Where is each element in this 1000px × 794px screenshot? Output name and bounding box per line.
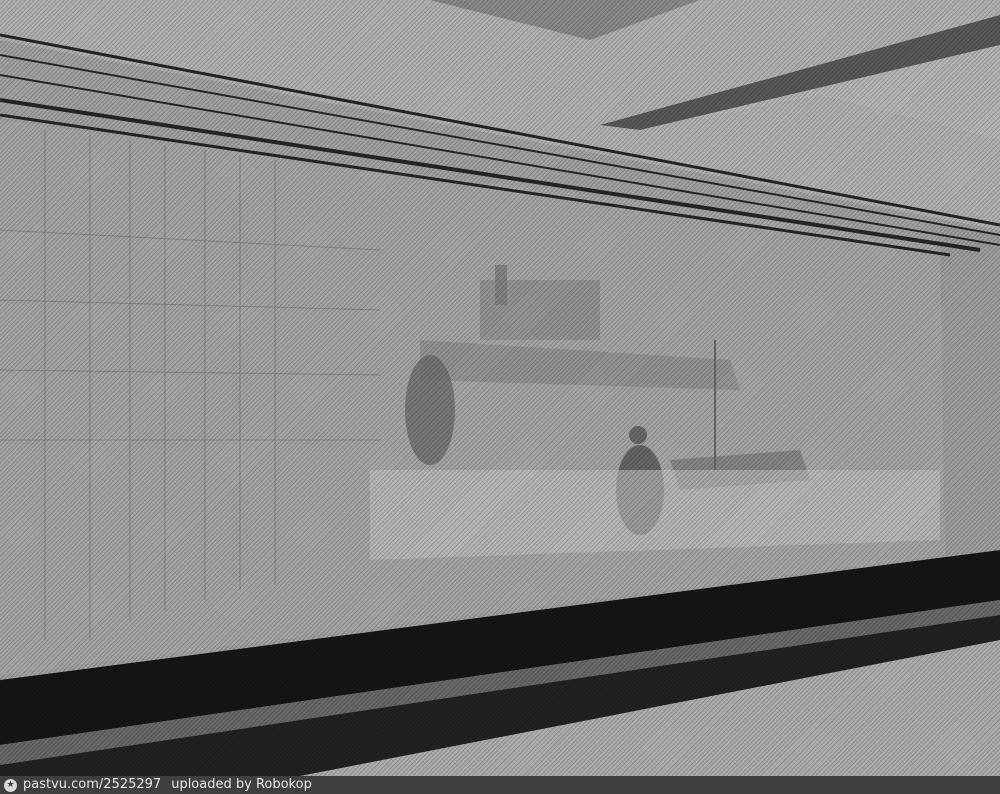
watermark-bar: ★ pastvu.com/2525297 uploaded by Robokop bbox=[0, 776, 1000, 794]
pastvu-logo-icon: ★ bbox=[4, 779, 17, 792]
photo-scene bbox=[0, 0, 1000, 776]
photo bbox=[0, 0, 1000, 776]
watermark-uploader: uploaded by Robokop bbox=[171, 776, 312, 794]
wall-end bbox=[940, 225, 1000, 555]
mural-figure-left bbox=[405, 355, 455, 465]
watermark-url[interactable]: pastvu.com/2525297 bbox=[23, 776, 161, 794]
